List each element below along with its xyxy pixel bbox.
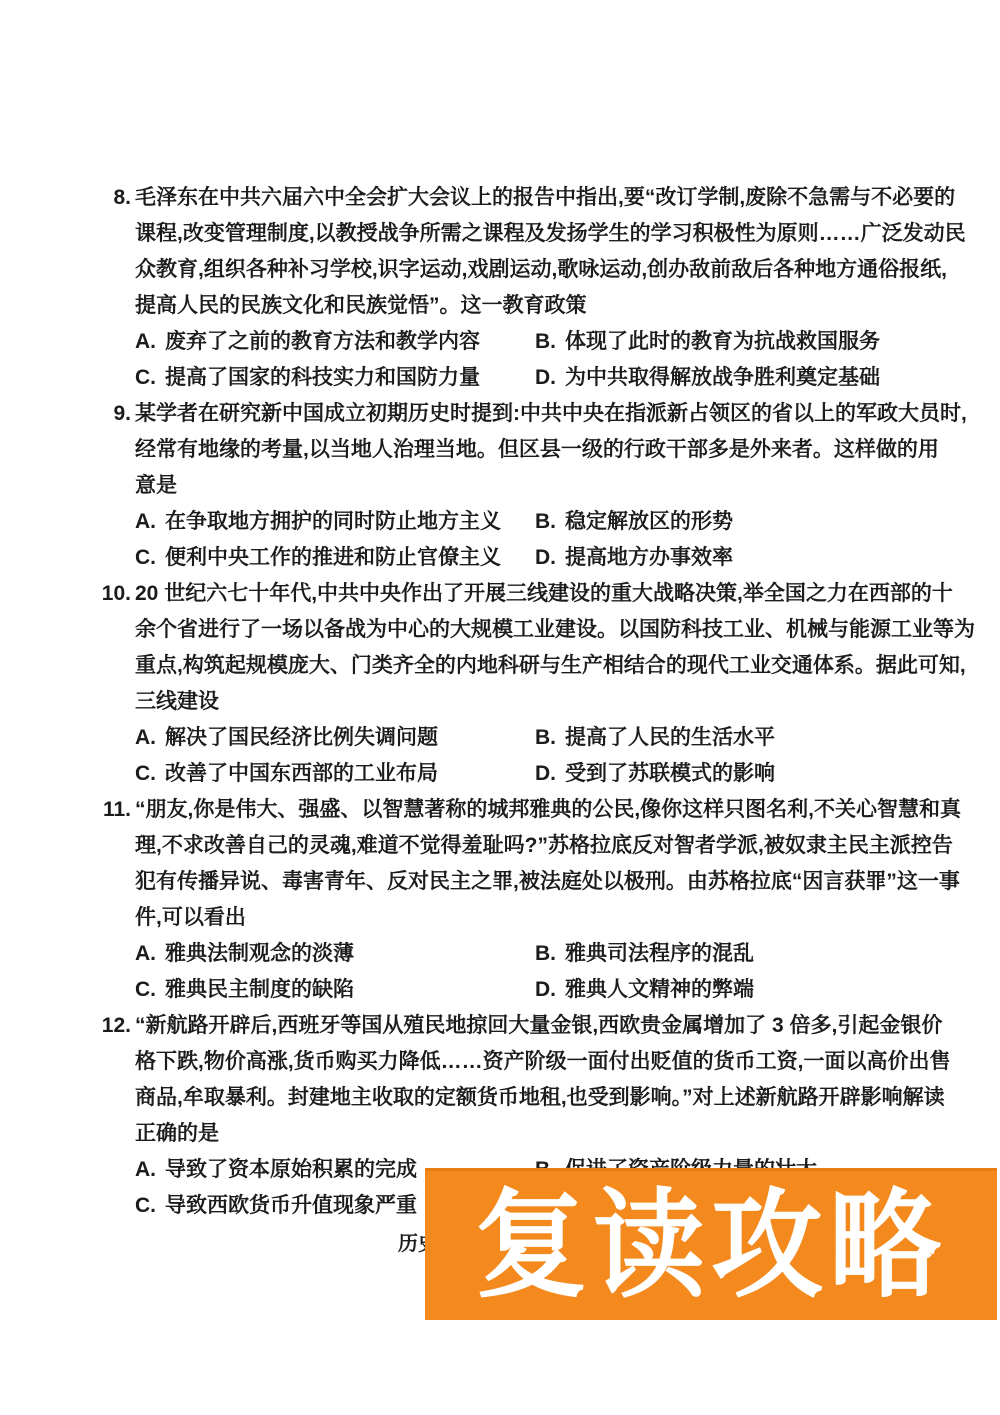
question-stem-line: 9. 某学者在研究新中国成立初期历史时提到:中共中央在指派新占领区的省以上的军政… [95, 396, 913, 432]
question-number: 9. [95, 396, 131, 432]
question-stem-line: 三线建设 [95, 684, 913, 720]
stem-text: “新航路开辟后,西班牙等国从殖民地掠回大量金银,西欧贵金属增加了 3 倍多,引起… [135, 1008, 942, 1044]
option-text: 便利中央工作的推进和防止官僚主义 [165, 540, 501, 576]
option-d: D. 雅典人文精神的弊端 [535, 972, 754, 1008]
option-label: B. [535, 504, 556, 540]
question-8: 8. 毛泽东在中共六届六中全会扩大会议上的报告中指出,要“改订学制,废除不急需与… [95, 180, 913, 396]
option-row: A. 解决了国民经济比例失调问题 B. 提高了人民的生活水平 [95, 720, 913, 756]
question-9: 9. 某学者在研究新中国成立初期历史时提到:中共中央在指派新占领区的省以上的军政… [95, 396, 913, 576]
option-b: B. 体现了此时的教育为抗战救国服务 [535, 324, 880, 360]
exam-page: 8. 毛泽东在中共六届六中全会扩大会议上的报告中指出,要“改订学制,废除不急需与… [0, 0, 1000, 1415]
question-stem-line: 商品,牟取暴利。封建地主收取的定额货币地租,也受到影响。”对上述新航路开辟影响解… [95, 1080, 913, 1116]
question-stem-line: 格下跌,物价高涨,货币购买力降低……资产阶级一面付出贬值的货币工资,一面以高价出… [95, 1044, 913, 1080]
question-stem-line: 正确的是 [95, 1116, 913, 1152]
option-text: 提高了国家的科技实力和国防力量 [165, 360, 480, 396]
option-label: A. [135, 936, 156, 972]
option-label: B. [535, 936, 556, 972]
option-b: B. 稳定解放区的形势 [535, 504, 733, 540]
option-text: 提高地方办事效率 [565, 540, 733, 576]
option-text: 为中共取得解放战争胜利奠定基础 [565, 360, 880, 396]
question-stem-line: 12. “新航路开辟后,西班牙等国从殖民地掠回大量金银,西欧贵金属增加了 3 倍… [95, 1008, 913, 1044]
option-label: C. [135, 360, 156, 396]
option-c: C. 便利中央工作的推进和防止官僚主义 [135, 540, 535, 576]
option-label: A. [135, 324, 156, 360]
stem-text: 20 世纪六七十年代,中共中央作出了开展三线建设的重大战略决策,举全国之力在西部… [135, 576, 953, 612]
option-a: A. 解决了国民经济比例失调问题 [135, 720, 535, 756]
question-list: 8. 毛泽东在中共六届六中全会扩大会议上的报告中指出,要“改订学制,废除不急需与… [95, 180, 913, 1224]
option-label: D. [535, 540, 556, 576]
question-stem-line: 理,不求改善自己的灵魂,难道不觉得羞耻吗?”苏格拉底反对智者学派,被奴隶主民主派… [95, 828, 913, 864]
question-stem-line: 提高人民的民族文化和民族觉悟”。这一教育政策 [95, 288, 913, 324]
option-c: C. 改善了中国东西部的工业布局 [135, 756, 535, 792]
option-row: A. 废弃了之前的教育方法和教学内容 B. 体现了此时的教育为抗战救国服务 [95, 324, 913, 360]
question-stem-line: 意是 [95, 468, 913, 504]
option-b: B. 提高了人民的生活水平 [535, 720, 775, 756]
question-stem-line: 8. 毛泽东在中共六届六中全会扩大会议上的报告中指出,要“改订学制,废除不急需与… [95, 180, 913, 216]
option-a: A. 在争取地方拥护的同时防止地方主义 [135, 504, 535, 540]
option-label: A. [135, 504, 156, 540]
option-text: 改善了中国东西部的工业布局 [165, 756, 438, 792]
question-number: 10. [95, 576, 131, 612]
question-number: 8. [95, 180, 131, 216]
question-stem-line: 件,可以看出 [95, 900, 913, 936]
option-text: 雅典司法程序的混乱 [565, 936, 754, 972]
promo-banner: 复读攻略 [425, 1168, 997, 1320]
option-row: C. 便利中央工作的推进和防止官僚主义 D. 提高地方办事效率 [95, 540, 913, 576]
promo-banner-text: 复读攻略 [475, 1187, 947, 1305]
option-d: D. 为中共取得解放战争胜利奠定基础 [535, 360, 880, 396]
option-text: 体现了此时的教育为抗战救国服务 [565, 324, 880, 360]
option-row: A. 雅典法制观念的淡薄 B. 雅典司法程序的混乱 [95, 936, 913, 972]
option-label: C. [135, 756, 156, 792]
question-10: 10. 20 世纪六七十年代,中共中央作出了开展三线建设的重大战略决策,举全国之… [95, 576, 913, 792]
option-text: 导致了资本原始积累的完成 [165, 1152, 417, 1188]
option-text: 稳定解放区的形势 [565, 504, 733, 540]
option-label: A. [135, 1152, 156, 1188]
option-b: B. 雅典司法程序的混乱 [535, 936, 754, 972]
option-label: B. [535, 324, 556, 360]
option-label: D. [535, 360, 556, 396]
question-stem-line: 课程,改变管理制度,以教授战争所需之课程及发扬学生的学习积极性为原则……广泛发动… [95, 216, 913, 252]
question-stem-line: 重点,构筑起规模庞大、门类齐全的内地科研与生产相结合的现代工业交通体系。据此可知… [95, 648, 913, 684]
question-number: 12. [95, 1008, 131, 1044]
question-number: 11. [95, 792, 131, 828]
option-text: 在争取地方拥护的同时防止地方主义 [165, 504, 501, 540]
option-row: C. 改善了中国东西部的工业布局 D. 受到了苏联模式的影响 [95, 756, 913, 792]
option-label: D. [535, 756, 556, 792]
option-text: 受到了苏联模式的影响 [565, 756, 775, 792]
stem-text: “朋友,你是伟大、强盛、以智慧著称的城邦雅典的公民,像你这样只图名利,不关心智慧… [135, 792, 961, 828]
option-label: D. [535, 972, 556, 1008]
option-label: C. [135, 540, 156, 576]
option-label: C. [135, 972, 156, 1008]
stem-text: 毛泽东在中共六届六中全会扩大会议上的报告中指出,要“改订学制,废除不急需与不必要… [135, 180, 955, 216]
option-row: A. 在争取地方拥护的同时防止地方主义 B. 稳定解放区的形势 [95, 504, 913, 540]
question-stem-line: 众教育,组织各种补习学校,识字运动,戏剧运动,歌咏运动,创办敌前敌后各种地方通俗… [95, 252, 913, 288]
stem-text: 某学者在研究新中国成立初期历史时提到:中共中央在指派新占领区的省以上的军政大员时… [135, 396, 967, 432]
option-c: C. 提高了国家的科技实力和国防力量 [135, 360, 535, 396]
question-stem-line: 经常有地缘的考量,以当地人治理当地。但区县一级的行政干部多是外来者。这样做的用 [95, 432, 913, 468]
option-d: D. 提高地方办事效率 [535, 540, 733, 576]
option-c: C. 雅典民主制度的缺陷 [135, 972, 535, 1008]
question-stem-line: 余个省进行了一场以备战为中心的大规模工业建设。以国防科技工业、机械与能源工业等为 [95, 612, 913, 648]
option-label: A. [135, 720, 156, 756]
option-label: B. [535, 720, 556, 756]
option-text: 废弃了之前的教育方法和教学内容 [165, 324, 480, 360]
option-text: 雅典人文精神的弊端 [565, 972, 754, 1008]
option-text: 导致西欧货币升值现象严重 [165, 1188, 417, 1224]
option-label: C. [135, 1188, 156, 1224]
question-stem-line: 11. “朋友,你是伟大、强盛、以智慧著称的城邦雅典的公民,像你这样只图名利,不… [95, 792, 913, 828]
option-row: C. 雅典民主制度的缺陷 D. 雅典人文精神的弊端 [95, 972, 913, 1008]
option-a: A. 废弃了之前的教育方法和教学内容 [135, 324, 535, 360]
question-11: 11. “朋友,你是伟大、强盛、以智慧著称的城邦雅典的公民,像你这样只图名利,不… [95, 792, 913, 1008]
question-stem-line: 犯有传播异说、毒害青年、反对民主之罪,被法庭处以极刑。由苏格拉底“因言获罪”这一… [95, 864, 913, 900]
option-text: 雅典法制观念的淡薄 [165, 936, 354, 972]
option-d: D. 受到了苏联模式的影响 [535, 756, 775, 792]
option-a: A. 雅典法制观念的淡薄 [135, 936, 535, 972]
option-text: 雅典民主制度的缺陷 [165, 972, 354, 1008]
option-text: 解决了国民经济比例失调问题 [165, 720, 438, 756]
option-row: C. 提高了国家的科技实力和国防力量 D. 为中共取得解放战争胜利奠定基础 [95, 360, 913, 396]
question-stem-line: 10. 20 世纪六七十年代,中共中央作出了开展三线建设的重大战略决策,举全国之… [95, 576, 913, 612]
option-text: 提高了人民的生活水平 [565, 720, 775, 756]
